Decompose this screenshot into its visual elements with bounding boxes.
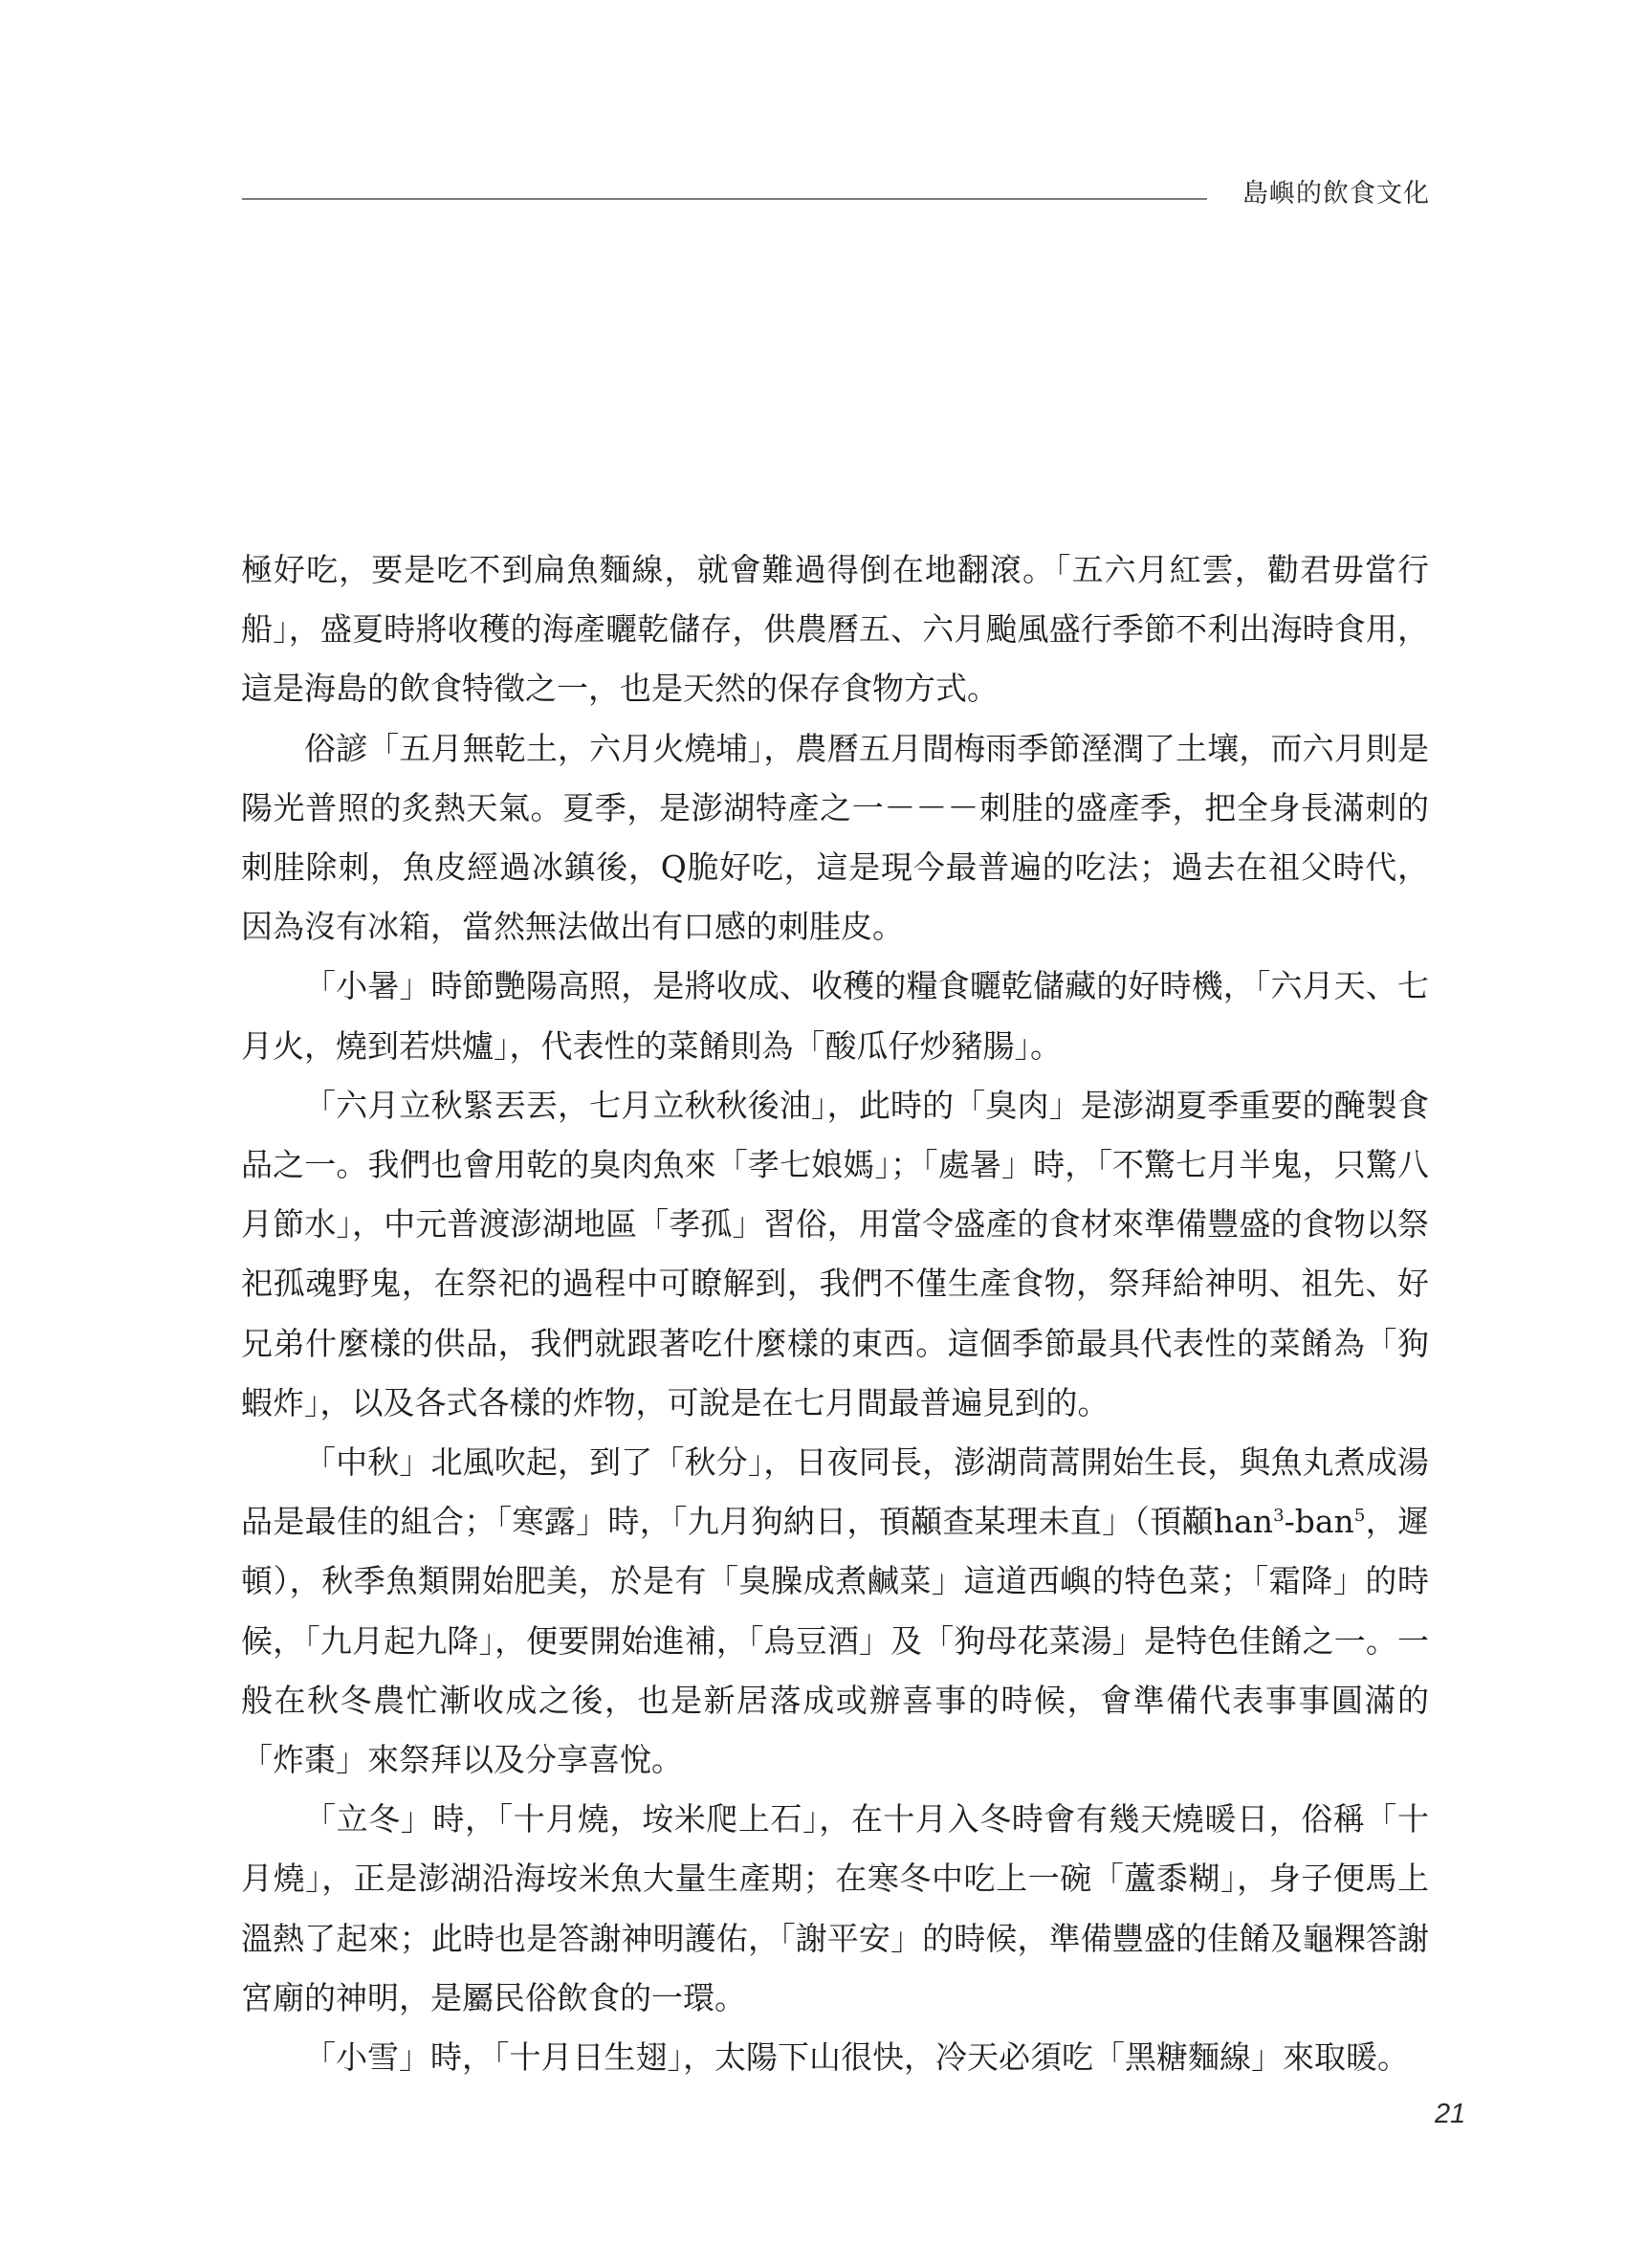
paragraph-4: 「六月立秋緊丟丟，七月立秋秋後油」，此時的「臭肉」是澎湖夏季重要的醃製食品之一。… (241, 1076, 1429, 1433)
header-title: 島嶼的飲食文化 (1242, 172, 1430, 209)
document-page: 島嶼的飲食文化 極好吃，要是吃不到扁魚麵線，就會難過得倒在地翻滾。「五六月紅雲，… (0, 0, 1626, 2268)
paragraph-2: 俗諺「五月無乾土，六月火燒埔」，農曆五月間梅雨季節溼潤了土壤，而六月則是陽光普照… (241, 719, 1429, 958)
tone-mark-superscript-2: 5 (1354, 1506, 1366, 1526)
header-rule (242, 198, 1207, 200)
paragraph-5-part-3: ，遲頓），秋季魚類開始肥美，於是有「臭臊成煮鹹菜」這道西嶼的特色菜；「霜降」的時… (241, 1503, 1429, 1778)
paragraph-5-part-1: 「中秋」北風吹起，到了「秋分」，日夜同長，澎湖茼蒿開始生長，與魚丸煮成湯品是最佳… (241, 1443, 1429, 1540)
paragraph-7: 「小雪」時，「十月日生翅」，太陽下山很快，冷天必須吃「黑糖麵線」來取暖。 (241, 2028, 1429, 2087)
body-text: 極好吃，要是吃不到扁魚麵線，就會難過得倒在地翻滾。「五六月紅雲，勸君毋當行船」，… (241, 540, 1429, 2087)
page-number: 21 (1435, 2099, 1465, 2130)
paragraph-3: 「小暑」時節艷陽高照，是將收成、收穫的糧食曬乾儲藏的好時機，「六月天、七月火，燒… (241, 957, 1429, 1075)
paragraph-1: 極好吃，要是吃不到扁魚麵線，就會難過得倒在地翻滾。「五六月紅雲，勸君毋當行船」，… (241, 540, 1429, 719)
paragraph-6: 「立冬」時，「十月燒，垵米爬上石」，在十月入冬時會有幾天燒暖日，俗稱「十月燒」，… (241, 1790, 1429, 2028)
tone-mark-superscript-1: 3 (1273, 1506, 1285, 1526)
paragraph-5: 「中秋」北風吹起，到了「秋分」，日夜同長，澎湖茼蒿開始生長，與魚丸煮成湯品是最佳… (241, 1433, 1429, 1790)
running-header: 島嶼的飲食文化 (242, 170, 1428, 216)
paragraph-5-part-2: -ban (1285, 1503, 1354, 1540)
